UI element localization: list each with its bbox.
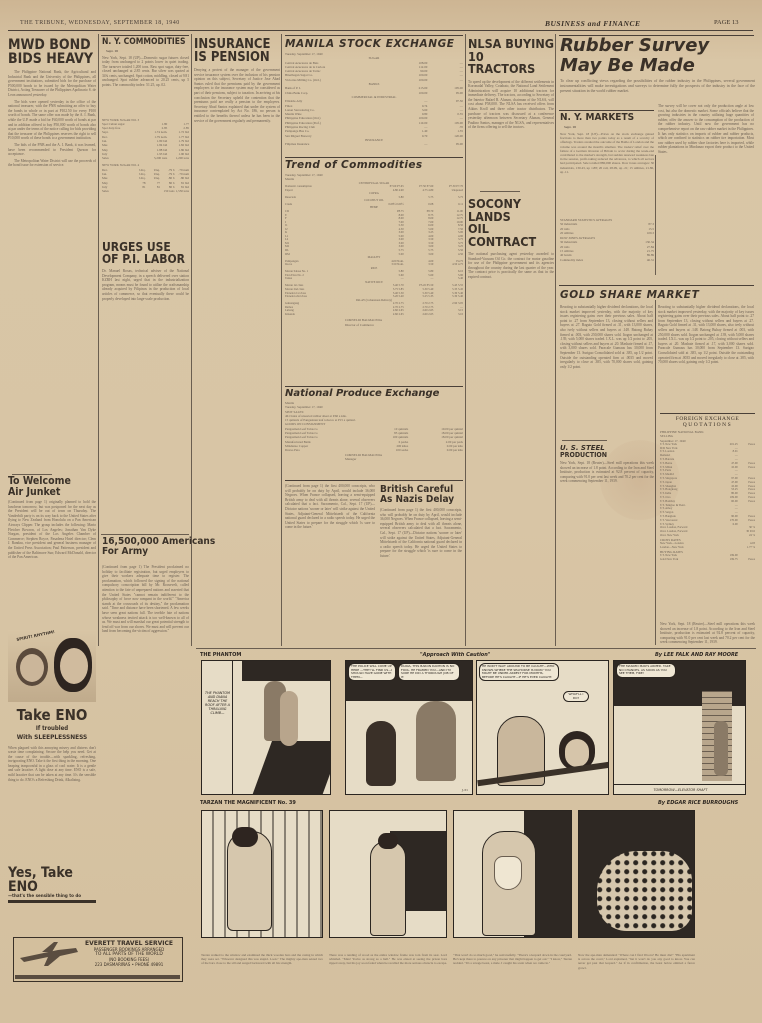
divider: [660, 413, 755, 414]
divider: [196, 648, 756, 649]
man-face: [20, 654, 44, 682]
table-cell: 0.11: [433, 203, 463, 207]
article-body: New York, Sept. 18 (UP)—Prices on the st…: [560, 132, 654, 216]
table-cell: 5.25 5.35: [404, 295, 434, 299]
table-cell: 3.00: [404, 253, 434, 257]
table-cell: 1,550 tons: [175, 189, 190, 193]
divider: [559, 285, 754, 286]
article-air-junket: To Welcome Air Junket (Continued from pa…: [8, 476, 96, 596]
headline: QUOTATIONS: [660, 422, 755, 428]
article-us-steel: U. S. STEEL PRODUCTION New York, Sept. 1…: [560, 444, 654, 641]
table-cell: Filipinas Insurance: [285, 142, 392, 146]
article-body: New York, Sept. 18 (Reuter)—Steel mill o…: [560, 461, 654, 641]
table-cell: 100.00: [392, 91, 428, 95]
skyline-strip: [15, 975, 180, 979]
table-cell: —: [427, 78, 463, 82]
table-cell: 4.50 4.75: [433, 263, 463, 267]
article-body: New York, Sept. 18 (UP)—Domestic sugar f…: [102, 56, 189, 116]
comic-title: TARZAN THE MAGNIFICENT No. 39: [200, 800, 296, 806]
running-head: THE TRIBUNE, WEDNESDAY, SEPTEMBER 18, 19…: [20, 20, 180, 26]
speech-balloon: DIANA, THIS BARON DANTON IS NO FOOL. HE …: [398, 663, 460, 681]
eno-photo: SPIRIT! RHYTHM!: [8, 630, 96, 702]
article-rubber-survey: Rubber Survey May Be Made To clear up co…: [560, 36, 755, 109]
article-mwd-bond: MWD BOND BIDS HEAVY The Philippine Natio…: [8, 38, 96, 440]
foreign-exchange-table: FOREIGN EXCHANGE QUOTATIONS PHILIPPINE N…: [660, 416, 755, 562]
divider: [101, 35, 189, 36]
table-row: Commodity index46.31: [560, 258, 654, 262]
table-cell: 199.75: [712, 558, 738, 562]
table-row: Sales5,200 tons1,200 tons: [102, 156, 189, 160]
phantom-panel-3: HE WON'T WAIT AROUND TO BE CAUGHT—WHO KN…: [476, 660, 609, 795]
comic-credit: By LEE FALK AND RAY MOORE: [655, 652, 738, 658]
article-body: The Philippine National Bank, the Agricu…: [8, 70, 96, 440]
table-cell: Sales: [102, 156, 146, 160]
table-cell: Sales: [102, 189, 131, 193]
phantom-panel-2: THE POLICE WILL COME UP HERE —THEY'LL FI…: [345, 660, 473, 795]
dow-jones-table: 30 industrials130.3420 rails27.8415 util…: [560, 240, 654, 261]
tarzan-panel-3: [453, 810, 572, 938]
headline: BIDS HEAVY: [8, 52, 96, 66]
article-body: Reacting to substantially higher dividen…: [560, 305, 653, 437]
speech-balloon: WHAT'LL I DO?: [563, 691, 589, 702]
produce-rows: Pangasinan Leaf Tobacco10 quintals19.00 …: [285, 427, 463, 453]
column-rule: [281, 34, 282, 646]
buying-rates: T.T. New York199.00Gold New York199.75Pe…: [660, 554, 755, 562]
column-rule: [465, 34, 466, 646]
article-british-careful: British Careful As Nazis Delay (Continue…: [380, 485, 462, 628]
speech-balloon: HE WON'T WAIT AROUND TO BE CAUGHT—WHO KN…: [479, 663, 559, 681]
table-cell: Unquoted: [433, 189, 463, 193]
table-cell: 20 utilities: [560, 231, 623, 235]
signature-title: Manager: [345, 457, 463, 461]
table-cell: 5.75: [404, 196, 434, 200]
table-cell: 4.50: [433, 253, 463, 257]
column-rule: [655, 155, 656, 275]
table-cell: 2.60 2.65: [374, 313, 404, 317]
panel-footer: TOMORROW—ELEVATOR SHAFT: [614, 784, 746, 794]
panel-code: J-31: [462, 788, 468, 792]
article-ny-commodities: N. Y. COMMODITIES Sept. 18 New York, Sep…: [102, 38, 189, 194]
masthead-rule: [8, 30, 753, 31]
speech-balloon: THE POLICE WILL COME UP HERE —THEY'LL FI…: [348, 663, 396, 681]
headline: As Nazis Delay: [380, 495, 462, 505]
table-row: Gold New York199.75Pesos: [660, 558, 755, 562]
table-cell: 100 sacks: [367, 448, 408, 452]
comic-episode: "Approach With Caution": [420, 652, 490, 658]
article-body: (Continued from page 1) originally plann…: [8, 500, 96, 596]
headline: 10 TRACTORS: [468, 51, 554, 76]
eno-headline: Take ENO: [8, 708, 96, 723]
policeman-figure: [714, 721, 728, 776]
tarzan-hair: [378, 833, 398, 849]
dateline: Sept. 18: [564, 125, 654, 129]
table-cell: 0.00 per kilo: [408, 448, 463, 452]
eno-tagline: Yes, Take ENO: [8, 866, 96, 894]
comic-caption: "That won't do so much good," he said ru…: [453, 953, 572, 966]
divider: [285, 157, 463, 158]
table-cell: —: [404, 277, 434, 281]
article-urges-labor: URGES USE OF P.I. LABOR Dr. Manuel Roxas…: [102, 241, 189, 539]
table-cell: Ilocos: [285, 263, 374, 267]
table-cell: 150 tons: [160, 189, 175, 193]
table-row: Kinanda2.60 2.652.60 2.653.10: [285, 313, 463, 317]
diana-face: [565, 739, 589, 767]
tarzan-panel-2: [329, 810, 447, 938]
table-cell: 2.60 2.65: [404, 313, 434, 317]
article-body: The survey will be cover not only the pr…: [658, 104, 754, 274]
headline: To Welcome: [8, 476, 96, 487]
headline: Rubber Survey: [560, 36, 755, 56]
headline: MWD BOND: [8, 38, 96, 52]
table-cell: Davao Pata: [285, 448, 367, 452]
headline: PRODUCTION: [560, 452, 654, 459]
comic-caption: Tarzan walked to the window and examined…: [201, 953, 323, 966]
table-cell: 100.00: [392, 78, 428, 82]
table-cell: DM: [285, 253, 374, 257]
forward-rates: Over. London, Forward30 %Over. London, F…: [660, 526, 755, 537]
article-body: (Continued from page 1) the first 400,00…: [285, 484, 375, 640]
sky-shading: [242, 661, 331, 681]
article-ny-markets: N. Y. MARKETS Sept. 18 New York, Sept. 1…: [560, 113, 654, 262]
tarzan-hair: [232, 827, 258, 847]
table-cell: [146, 189, 161, 193]
commodity-rows: CENTRIFUGAL SUGARDomestic consumptionP7.…: [285, 182, 463, 317]
table-cell: 0.08: [404, 203, 434, 207]
table-cell: —: [392, 142, 428, 146]
speech-balloon: THE MASKED MAN'S ARMED. TAKE NO CHANCES.…: [616, 663, 676, 678]
signature-title: Director of Commerce: [345, 323, 463, 327]
divider: [101, 534, 189, 535]
headline: SOCONY LANDS: [468, 198, 554, 223]
table-cell: 24 %: [723, 534, 755, 538]
comic-caption: Now the ape-man demanded: "Where can I f…: [578, 953, 695, 970]
eno-advertisement[interactable]: SPIRIT! RHYTHM! Take ENO If troubled Wit…: [8, 630, 96, 914]
divider: [559, 110, 654, 111]
sugar-table-3: Spot Cuban sugar1.801.77Spot duty-free2.…: [102, 122, 189, 161]
table-cell: Commodity index: [560, 258, 623, 262]
table-row: 20 utilities109.3: [560, 231, 654, 235]
table-cell: Gold New York: [660, 558, 712, 562]
headline: May Be Made: [560, 56, 755, 76]
article-body: (Continued from page 1) The President pr…: [102, 565, 189, 641]
airplane-icon: [18, 940, 80, 968]
table-cell: 4.75 4.80: [404, 189, 434, 193]
table-cell: 5.75: [433, 196, 463, 200]
headline: N. Y. MARKETS: [560, 113, 654, 123]
column-rule: [655, 300, 656, 645]
divider: [285, 386, 463, 387]
table-cell: 1,200 tons: [167, 156, 189, 160]
eno-body: When plagued with this annoying misery a…: [8, 746, 96, 864]
table-cell: 5.30 5.40: [433, 295, 463, 299]
phantom-panel-1: THE PHANTOM AND DIANA REACH THE ROOF AFT…: [201, 660, 331, 795]
wall-shading: [252, 741, 331, 795]
article-socony: SOCONY LANDS OIL CONTRACT The national p…: [468, 198, 554, 662]
panel-caption: THE PHANTOM AND DIANA REACH THE ROOF AFT…: [204, 691, 231, 715]
trend-of-commodities-table: Trend of Commodities Tuesday, September …: [285, 159, 463, 327]
column-rule: [98, 34, 99, 646]
table-row: Filipinas Insurance—95.00: [285, 142, 463, 146]
everett-text: EVERETT TRAVEL SERVICE PASSENGER BOOKING…: [76, 940, 182, 967]
beard: [494, 856, 522, 890]
table-cell: 120.00: [427, 134, 463, 138]
table-cell: 109.3: [623, 231, 654, 235]
newspaper-page: THE TRIBUNE, WEDNESDAY, SEPTEMBER 18, 19…: [0, 0, 762, 1023]
phantom-panel-4: THE MASKED MAN'S ARMED. TAKE NO CHANCES.…: [613, 660, 746, 795]
article-body: Denying a protest of the manager of the …: [194, 68, 280, 628]
headline: OF P.I. LABOR: [102, 253, 189, 265]
divider: [285, 35, 463, 36]
table-cell: 0.08½ 0.09½: [374, 203, 404, 207]
article-body: (Continued from page 1) the first 400,00…: [380, 508, 462, 628]
table-cell: 95.00: [427, 142, 463, 146]
table-cell: Pesos: [738, 558, 755, 562]
headline: Trend of Commodities: [285, 159, 463, 171]
table-cell: 46.31: [623, 258, 654, 262]
column-rule: [555, 34, 556, 646]
table-cell: Crude: [285, 203, 374, 207]
table-row: Davao Pata100 sacks0.00 per kilo: [285, 448, 463, 452]
eno-subheadline: With SLEEPLESSNESS: [8, 734, 96, 741]
everett-travel-advertisement[interactable]: EVERETT TRAVEL SERVICE PASSENGER BOOKING…: [13, 937, 183, 982]
tarzan-panel-1: [201, 810, 323, 938]
cross-rates: New York—London4.03London—New York1.77 %: [660, 542, 755, 550]
headline: IS PENSION: [194, 51, 280, 64]
headline: OIL CONTRACT: [468, 223, 554, 248]
table-cell: 3.10: [433, 313, 463, 317]
headline: GOLD SHARE MARKET: [560, 289, 699, 301]
diana-figure: [366, 721, 396, 786]
leopard-figure: [597, 851, 692, 931]
divider: [285, 480, 463, 481]
manila-stock-exchange-table: MANILA STOCK EXCHANGE Tuesday, September…: [285, 38, 463, 147]
divider: [480, 191, 520, 192]
eno-banner: SPIRIT! RHYTHM!: [16, 629, 55, 642]
woman-face: [60, 648, 88, 684]
selling-rates: T.T. New York201.25PesosD/D New York—T.T…: [660, 443, 755, 527]
comic-caption: There was a rending of wood as the entir…: [329, 953, 447, 966]
table-cell: Tanna: [285, 277, 374, 281]
headline: National Produce Exchange: [285, 388, 463, 399]
table-cell: Resecada: [285, 196, 374, 200]
stock-rows: SUGARCentral Azucarera de Bais108.00—Cen…: [285, 56, 463, 146]
comic-credit: By EDGAR RICE BURROUGHS: [658, 800, 738, 806]
article-body-continued: Reacting to substantially higher dividen…: [658, 305, 754, 383]
table-cell: 5.40: [433, 277, 463, 281]
page-number: PAGE 13: [714, 19, 739, 26]
headline: MANILA STOCK EXCHANGE: [285, 38, 463, 50]
headline: Air Junket: [8, 487, 96, 498]
us-steel-continued: New York, Sept. 18 (Reuter)—Steel mill o…: [660, 622, 755, 644]
article-body: The national purchasing agent yesterday …: [468, 252, 554, 662]
section-title: BUSINESS and FINANCE: [545, 19, 640, 28]
table-cell: [131, 189, 146, 193]
comic-title: THE PHANTOM: [200, 652, 241, 658]
table-cell: 0.70: [392, 134, 428, 138]
table-row: Sales150 tons1,550 tons: [102, 189, 189, 193]
headline: N. Y. COMMODITIES: [102, 38, 189, 47]
eno-tagline-sub: —that's the sensible thing to do: [8, 895, 96, 904]
table-cell: 3.50: [404, 263, 434, 267]
diana-figure: [280, 691, 298, 746]
dateline: Sept. 18: [106, 49, 189, 53]
article-body: Dr. Manuel Roxas, technical adviser of t…: [102, 269, 189, 539]
table-cell: 3.50 Nom.: [374, 263, 404, 267]
phantom-figure: [416, 701, 456, 781]
table-cell: 95.00: [427, 91, 463, 95]
caption-box: [202, 661, 233, 794]
table-cell: 1.77 %: [723, 546, 755, 550]
table-cell: 5,200 tons: [146, 156, 168, 160]
sugar-table-4: Dec.Unq.Unq..79 b.79 nomJan.Unq.Unq..79 …: [102, 168, 189, 194]
table-cell: Kinanda: [285, 313, 374, 317]
article-insurance: INSURANCE IS PENSION Denying a protest o…: [194, 38, 280, 628]
tarzan-panel-4: [578, 810, 695, 938]
table-cell: Export: [285, 189, 374, 193]
tarzan-back-figure: [370, 841, 406, 936]
divider: [562, 440, 607, 441]
standard-statistics-table: 50 industrials87.320 rails15.520 utiliti…: [560, 222, 654, 235]
eno-subheadline: If troubled: [8, 726, 96, 732]
national-produce-exchange-table: National Produce Exchange Manila Tuesday…: [285, 388, 463, 461]
